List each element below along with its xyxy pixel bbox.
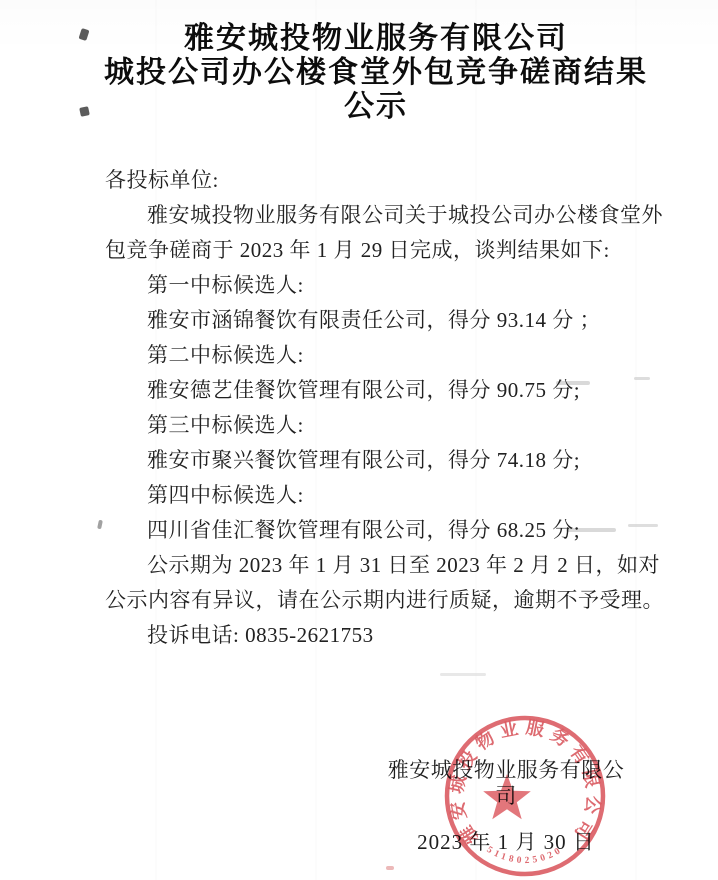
scan-smudge [440, 673, 486, 676]
result-heading: 第一中标候选人: [105, 268, 658, 303]
intro-line: 包竞争磋商于 2023 年 1 月 29 日完成，谈判结果如下: [105, 233, 658, 268]
title-line-1: 雅安城投物业服务有限公司 [100, 22, 652, 56]
result-detail: 雅安德艺佳餐饮管理有限公司，得分 90.75 分; [105, 373, 658, 408]
complaint-phone: 投诉电话: 0835-2621753 [105, 618, 658, 653]
seal-star-icon [483, 774, 531, 819]
scan-speck [78, 28, 89, 41]
result-detail: 四川省佳汇餐饮管理有限公司，得分 68.25 分; [105, 513, 658, 548]
scan-speck [97, 520, 103, 530]
title-line-3: 公示 [100, 90, 652, 124]
result-heading: 第二中标候选人: [105, 338, 658, 373]
intro-line: 雅安城投物业服务有限公司关于城投公司办公楼食堂外 [105, 198, 658, 233]
seal-company-text: 雅安城投物业服务有限公司 [445, 717, 604, 848]
result-detail: 雅安市聚兴餐饮管理有限公司，得分 74.18 分; [105, 443, 658, 478]
title-line-2: 城投公司办公楼食堂外包竞争磋商结果 [100, 56, 652, 90]
notice-line: 公示期为 2023 年 1 月 31 日至 2023 年 2 月 2 日，如对 [105, 548, 658, 583]
result-heading: 第四中标候选人: [105, 478, 658, 513]
seal-serial-number: 5118025020 [485, 845, 566, 866]
result-detail: 雅安市涵锦餐饮有限责任公司，得分 93.14 分 ； [105, 303, 658, 338]
scan-speck [79, 106, 90, 117]
document-body: 各投标单位: 雅安城投物业服务有限公司关于城投公司办公楼食堂外 包竞争磋商于 2… [105, 163, 658, 653]
scan-smudge [386, 866, 394, 870]
salutation: 各投标单位: [105, 163, 658, 198]
result-heading: 第三中标候选人: [105, 408, 658, 443]
document-title: 雅安城投物业服务有限公司 城投公司办公楼食堂外包竞争磋商结果 公示 [100, 22, 652, 124]
official-seal: 雅安城投物业服务有限公司 5118025020 [441, 712, 609, 880]
seal-ring [447, 718, 603, 874]
notice-line: 公示内容有异议，请在公示期内进行质疑，逾期不予受理。 [105, 583, 658, 618]
document-page: 雅安城投物业服务有限公司 城投公司办公楼食堂外包竞争磋商结果 公示 各投标单位:… [0, 0, 718, 880]
